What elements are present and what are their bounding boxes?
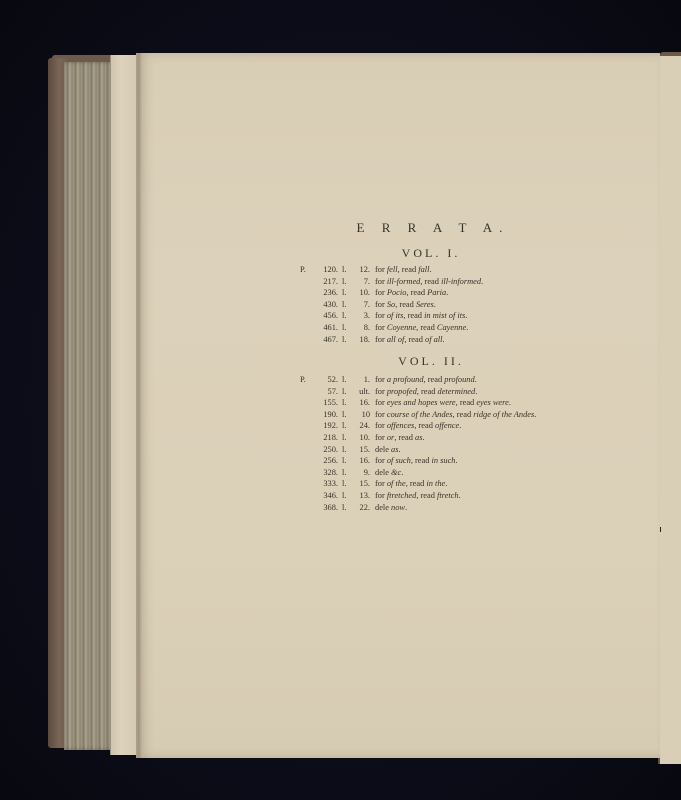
page-prefix bbox=[300, 299, 314, 311]
facing-page-right bbox=[658, 56, 681, 764]
errata-entry: 190.l.10for course of the Andes, read ri… bbox=[300, 409, 536, 421]
erroneous-text: of such bbox=[387, 456, 411, 465]
erroneous-text: fell bbox=[387, 265, 398, 274]
correction-text: for Coyenne, read Cayenne. bbox=[375, 322, 468, 334]
line-abbrev: l. bbox=[342, 467, 352, 479]
line-number: 7. bbox=[352, 299, 375, 311]
entry-terminator: . bbox=[422, 433, 424, 442]
line-abbrev: l. bbox=[342, 287, 352, 299]
corrected-text: profound bbox=[444, 375, 474, 384]
correction-verb: for bbox=[375, 398, 387, 407]
entry-terminator: . bbox=[434, 300, 436, 309]
line-abbrev: l. bbox=[342, 374, 352, 386]
page-number: 190. bbox=[314, 409, 342, 421]
correction-verb: for bbox=[375, 433, 387, 442]
correction-text: dele now. bbox=[375, 502, 407, 514]
correction-verb: for bbox=[375, 265, 387, 274]
page-number: 368. bbox=[314, 502, 342, 514]
volume-heading-1: VOL. I. bbox=[138, 246, 660, 261]
entry-terminator: . bbox=[475, 375, 477, 384]
line-number: 3. bbox=[352, 310, 375, 322]
page-number: 217. bbox=[314, 276, 342, 288]
correction-text: for ftretched, read ftretch. bbox=[375, 490, 461, 502]
corrected-text: in the bbox=[426, 479, 445, 488]
line-abbrev: l. bbox=[342, 490, 352, 502]
line-number: 1. bbox=[352, 374, 375, 386]
page-prefix bbox=[300, 490, 314, 502]
page-number: 430. bbox=[314, 299, 342, 311]
page-margin-stack bbox=[110, 55, 137, 755]
errata-entry: 256.l.16.for of such, read in such. bbox=[300, 455, 536, 467]
correction-text: for Pocio, read Paria. bbox=[375, 287, 448, 299]
page-prefix bbox=[300, 397, 314, 409]
correction-text: for So, read Seres. bbox=[375, 299, 436, 311]
correction-text: for propofed, read determined. bbox=[375, 386, 477, 398]
errata-entry: 467.l.18.for all of, read of all. bbox=[300, 334, 483, 346]
errata-entry: 456.l.3.for of its, read in mist of its. bbox=[300, 310, 483, 322]
line-number: 12. bbox=[352, 264, 375, 276]
correction-verb: dele bbox=[375, 445, 391, 454]
line-abbrev: l. bbox=[342, 420, 352, 432]
erroneous-text: course of the Andes bbox=[387, 410, 453, 419]
line-number: 13. bbox=[352, 490, 375, 502]
corrected-text: Paria bbox=[427, 288, 446, 297]
volume-heading-2: VOL. II. bbox=[138, 354, 660, 369]
errata-entry: P.120.l.12.for fell, read fall. bbox=[300, 264, 483, 276]
errata-entry: 430.l.7.for So, read Seres. bbox=[300, 299, 483, 311]
read-connector: , read bbox=[456, 398, 477, 407]
page-number: 333. bbox=[314, 478, 342, 490]
entry-terminator: . bbox=[399, 445, 401, 454]
errata-entry: 236.l.10.for Pocio, read Paria. bbox=[300, 287, 483, 299]
correction-text: for of its, read in mist of its. bbox=[375, 310, 467, 322]
line-number: 18. bbox=[352, 334, 375, 346]
page-number: 256. bbox=[314, 455, 342, 467]
corrected-text: ill-informed bbox=[441, 277, 481, 286]
errata-entry: 328.l.9.dele &c. bbox=[300, 467, 536, 479]
errata-entry: 217.l.7.for ill-formed, read ill-informe… bbox=[300, 276, 483, 288]
page-prefix bbox=[300, 322, 314, 334]
errata-entry: 57.l.ult.for propofed, read determined. bbox=[300, 386, 536, 398]
line-number: 16. bbox=[352, 455, 375, 467]
corrected-text: eyes were bbox=[476, 398, 508, 407]
page-prefix bbox=[300, 432, 314, 444]
read-connector: , read bbox=[424, 375, 445, 384]
correction-text: for ill-formed, read ill-informed. bbox=[375, 276, 483, 288]
erroneous-text: Coyenne bbox=[387, 323, 416, 332]
read-connector: , read bbox=[403, 311, 424, 320]
page-prefix bbox=[300, 276, 314, 288]
errata-entry: 346.l.13.for ftretched, read ftretch. bbox=[300, 490, 536, 502]
errata-entry: 192.l.24.for offences, read offence. bbox=[300, 420, 536, 432]
read-connector: , read bbox=[416, 491, 437, 500]
page-prefix bbox=[300, 409, 314, 421]
entry-terminator: . bbox=[405, 503, 407, 512]
read-connector: , read bbox=[420, 277, 441, 286]
page-prefix bbox=[300, 455, 314, 467]
line-abbrev: l. bbox=[342, 455, 352, 467]
correction-verb: for bbox=[375, 323, 387, 332]
line-abbrev: l. bbox=[342, 322, 352, 334]
erroneous-text: as bbox=[391, 445, 398, 454]
erroneous-text: ill-formed bbox=[387, 277, 421, 286]
line-abbrev: l. bbox=[342, 334, 352, 346]
correction-verb: dele bbox=[375, 468, 391, 477]
corrected-text: of all bbox=[425, 335, 442, 344]
page-number: 236. bbox=[314, 287, 342, 299]
entry-terminator: . bbox=[456, 456, 458, 465]
corrected-text: offence bbox=[435, 421, 459, 430]
page-prefix bbox=[300, 386, 314, 398]
erroneous-text: a profound bbox=[387, 375, 424, 384]
line-number: 15. bbox=[352, 478, 375, 490]
entry-terminator: . bbox=[534, 410, 536, 419]
read-connector: , read bbox=[416, 323, 437, 332]
errata-entry: 333.l.15.for of the, read in the. bbox=[300, 478, 536, 490]
correction-text: for eyes and hopes were, read eyes were. bbox=[375, 397, 511, 409]
page-number: 456. bbox=[314, 310, 342, 322]
page-number: 155. bbox=[314, 397, 342, 409]
corrected-text: determined bbox=[438, 387, 476, 396]
read-connector: , read bbox=[404, 335, 425, 344]
page-prefix bbox=[300, 502, 314, 514]
page-prefix bbox=[300, 478, 314, 490]
entry-terminator: . bbox=[509, 398, 511, 407]
line-abbrev: l. bbox=[342, 386, 352, 398]
page-prefix bbox=[300, 444, 314, 456]
entry-terminator: . bbox=[459, 491, 461, 500]
page-prefix bbox=[300, 420, 314, 432]
page-number: 467. bbox=[314, 334, 342, 346]
corrected-text: Seres bbox=[416, 300, 434, 309]
line-number: 8. bbox=[352, 322, 375, 334]
entry-terminator: . bbox=[429, 265, 431, 274]
line-number: 9. bbox=[352, 467, 375, 479]
line-abbrev: l. bbox=[342, 276, 352, 288]
corrected-text: fall bbox=[418, 265, 429, 274]
correction-verb: for bbox=[375, 456, 387, 465]
line-abbrev: l. bbox=[342, 409, 352, 421]
erroneous-text: all of bbox=[387, 335, 404, 344]
correction-verb: dele bbox=[375, 503, 391, 512]
page-number: 192. bbox=[314, 420, 342, 432]
correction-text: for fell, read fall. bbox=[375, 264, 432, 276]
correction-verb: for bbox=[375, 375, 387, 384]
erroneous-text: Pocio bbox=[387, 288, 407, 297]
line-abbrev: l. bbox=[342, 397, 352, 409]
erroneous-text: of the bbox=[387, 479, 406, 488]
errata-page: E R R A T A. VOL. I. P.120.l.12.for fell… bbox=[136, 53, 660, 758]
entry-terminator: . bbox=[446, 288, 448, 297]
read-connector: , read bbox=[414, 421, 435, 430]
errata-list-vol-2: P.52.l.1.for a profound, read profound.5… bbox=[300, 374, 536, 513]
errata-entry: 368.l.22.dele now. bbox=[300, 502, 536, 514]
correction-text: dele as. bbox=[375, 444, 401, 456]
erroneous-text: So bbox=[387, 300, 395, 309]
page-prefix bbox=[300, 287, 314, 299]
entry-terminator: . bbox=[465, 311, 467, 320]
read-connector: , read bbox=[417, 387, 438, 396]
line-abbrev: l. bbox=[342, 444, 352, 456]
errata-entry: P.52.l.1.for a profound, read profound. bbox=[300, 374, 536, 386]
erroneous-text: ftretched bbox=[387, 491, 416, 500]
line-abbrev: l. bbox=[342, 310, 352, 322]
page-prefix: P. bbox=[300, 264, 314, 276]
line-number: 22. bbox=[352, 502, 375, 514]
correction-text: dele &c. bbox=[375, 467, 403, 479]
line-number: 10. bbox=[352, 287, 375, 299]
entry-terminator: . bbox=[445, 479, 447, 488]
corrected-text: in such bbox=[432, 456, 456, 465]
correction-verb: for bbox=[375, 300, 387, 309]
correction-text: for a profound, read profound. bbox=[375, 374, 477, 386]
entry-terminator: . bbox=[475, 387, 477, 396]
line-number: 16. bbox=[352, 397, 375, 409]
page-number: 328. bbox=[314, 467, 342, 479]
read-connector: , read bbox=[395, 300, 416, 309]
line-abbrev: l. bbox=[342, 299, 352, 311]
correction-verb: for bbox=[375, 479, 387, 488]
page-number: 52. bbox=[314, 374, 342, 386]
correction-text: for or, read as. bbox=[375, 432, 425, 444]
correction-verb: for bbox=[375, 491, 387, 500]
read-connector: , read bbox=[411, 456, 432, 465]
page-number: 250. bbox=[314, 444, 342, 456]
page-block-edge bbox=[64, 62, 114, 750]
erroneous-text: &c bbox=[391, 468, 401, 477]
corrected-text: in mist of its bbox=[424, 311, 465, 320]
errata-list-vol-1: P.120.l.12.for fell, read fall.217.l.7.f… bbox=[300, 264, 483, 345]
correction-verb: for bbox=[375, 335, 387, 344]
corrected-text: Cayenne bbox=[437, 323, 466, 332]
entry-terminator: . bbox=[401, 468, 403, 477]
line-abbrev: l. bbox=[342, 432, 352, 444]
corrected-text: ftretch bbox=[437, 491, 459, 500]
line-abbrev: l. bbox=[342, 502, 352, 514]
correction-verb: for bbox=[375, 421, 387, 430]
errata-entry: 155.l.16.for eyes and hopes were, read e… bbox=[300, 397, 536, 409]
page-prefix: P. bbox=[300, 374, 314, 386]
correction-verb: for bbox=[375, 311, 387, 320]
erroneous-text: of its bbox=[387, 311, 404, 320]
read-connector: , read bbox=[394, 433, 415, 442]
correction-verb: for bbox=[375, 410, 387, 419]
line-number: ult. bbox=[352, 386, 375, 398]
entry-terminator: . bbox=[442, 335, 444, 344]
entry-terminator: . bbox=[459, 421, 461, 430]
errata-entry: 250.l.15.dele as. bbox=[300, 444, 536, 456]
correction-text: for all of, read of all. bbox=[375, 334, 445, 346]
read-connector: , read bbox=[398, 265, 419, 274]
erroneous-text: now bbox=[391, 503, 405, 512]
correction-text: for course of the Andes, read ridge of t… bbox=[375, 409, 536, 421]
entry-terminator: . bbox=[481, 277, 483, 286]
correction-verb: for bbox=[375, 387, 387, 396]
page-number: 346. bbox=[314, 490, 342, 502]
read-connector: , read bbox=[406, 288, 427, 297]
erroneous-text: eyes and hopes were bbox=[387, 398, 456, 407]
line-number: 7. bbox=[352, 276, 375, 288]
line-abbrev: l. bbox=[342, 264, 352, 276]
correction-text: for of such, read in such. bbox=[375, 455, 458, 467]
page-number: 57. bbox=[314, 386, 342, 398]
corrected-text: ridge of the Andes bbox=[473, 410, 534, 419]
line-number: 10 bbox=[352, 409, 375, 421]
erroneous-text: offences bbox=[387, 421, 414, 430]
line-number: 15. bbox=[352, 444, 375, 456]
correction-verb: for bbox=[375, 288, 387, 297]
read-connector: , read bbox=[453, 410, 474, 419]
line-number: 24. bbox=[352, 420, 375, 432]
page-prefix bbox=[300, 310, 314, 322]
page-content: E R R A T A. VOL. I. P.120.l.12.for fell… bbox=[138, 53, 660, 758]
page-prefix bbox=[300, 334, 314, 346]
errata-entry: 461.l.8.for Coyenne, read Cayenne. bbox=[300, 322, 483, 334]
page-number: 218. bbox=[314, 432, 342, 444]
erroneous-text: propofed bbox=[387, 387, 417, 396]
entry-terminator: . bbox=[466, 323, 468, 332]
errata-entry: 218.l.10.for or, read as. bbox=[300, 432, 536, 444]
correction-text: for offences, read offence. bbox=[375, 420, 461, 432]
page-number: 120. bbox=[314, 264, 342, 276]
line-number: 10. bbox=[352, 432, 375, 444]
errata-title: E R R A T A. bbox=[138, 220, 660, 236]
page-prefix bbox=[300, 467, 314, 479]
correction-text: for of the, read in the. bbox=[375, 478, 447, 490]
read-connector: , read bbox=[406, 479, 427, 488]
correction-verb: for bbox=[375, 277, 387, 286]
page-number: 461. bbox=[314, 322, 342, 334]
line-abbrev: l. bbox=[342, 478, 352, 490]
